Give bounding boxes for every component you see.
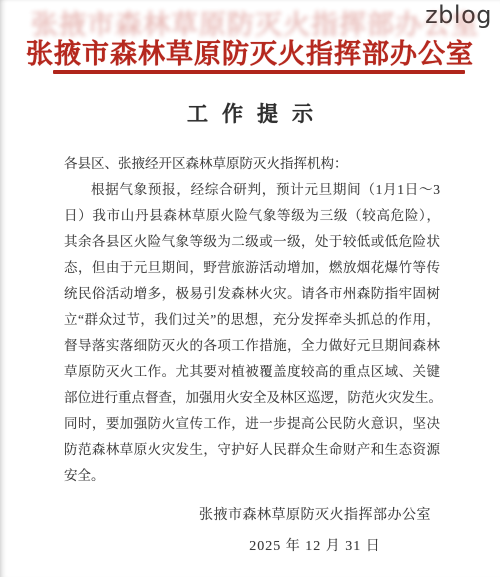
- body-line: 立“群众过节，我们过关”的思想，充分发挥牵头抓总的作用，: [64, 307, 440, 333]
- body-line: 态，但由于元旦期间，野营旅游活动增加，燃放烟花爆竹等传: [64, 255, 440, 281]
- body-line: 防范森林草原火灾发生，守护好人民群众生命财产和生态资源: [64, 437, 440, 463]
- body-line: 安全。: [64, 463, 440, 489]
- document-page: zblog 张掖市森林草原防灭火指挥部办公室 张掖市森林草原防灭火指挥部办公室 …: [0, 0, 500, 577]
- body: 各县区、张掖经开区森林草原防灭火指挥机构：根据气象预报，经综合研判，预计元旦期间…: [64, 151, 440, 489]
- body-line: 日）我市山丹县森林草原火险气象等级为三级（较高危险），: [64, 203, 440, 229]
- body-line: 其余各县区火险气象等级为二级或一级，处于较低或低危险状: [64, 229, 440, 255]
- body-line: 根据气象预报，经综合研判，预计元旦期间（1月1日～3: [64, 177, 440, 203]
- signature-date: 2025 年 12 月 31 日: [155, 531, 475, 562]
- signature-org: 张掖市森林草原防灭火指挥部办公室: [155, 500, 475, 531]
- body-line: 部位进行重点督查，加强用火安全及林区巡逻，防范火灾发生。: [64, 385, 440, 411]
- body-line: 草原防灭火工作。尤其要对植被覆盖度较高的重点区域、关键: [64, 359, 440, 385]
- body-line: 统民俗活动增多，极易引发森林火灾。请各市州森防指牢固树: [64, 281, 440, 307]
- body-line: 各县区、张掖经开区森林草原防灭火指挥机构：: [64, 151, 440, 177]
- body-line: 同时，要加强防火宣传工作，进一步提高公民防火意识，坚决: [64, 411, 440, 437]
- body-line: 督导落实落细防灭火的各项工作措施，全力做好元旦期间森林: [64, 333, 440, 359]
- letterhead-rule: [53, 70, 465, 74]
- letterhead-org-title: 张掖市森林草原防灭火指挥部办公室: [0, 32, 500, 71]
- signature-block: 张掖市森林草原防灭火指挥部办公室 2025 年 12 月 31 日: [155, 500, 475, 562]
- document-title: 工作提示: [0, 98, 500, 128]
